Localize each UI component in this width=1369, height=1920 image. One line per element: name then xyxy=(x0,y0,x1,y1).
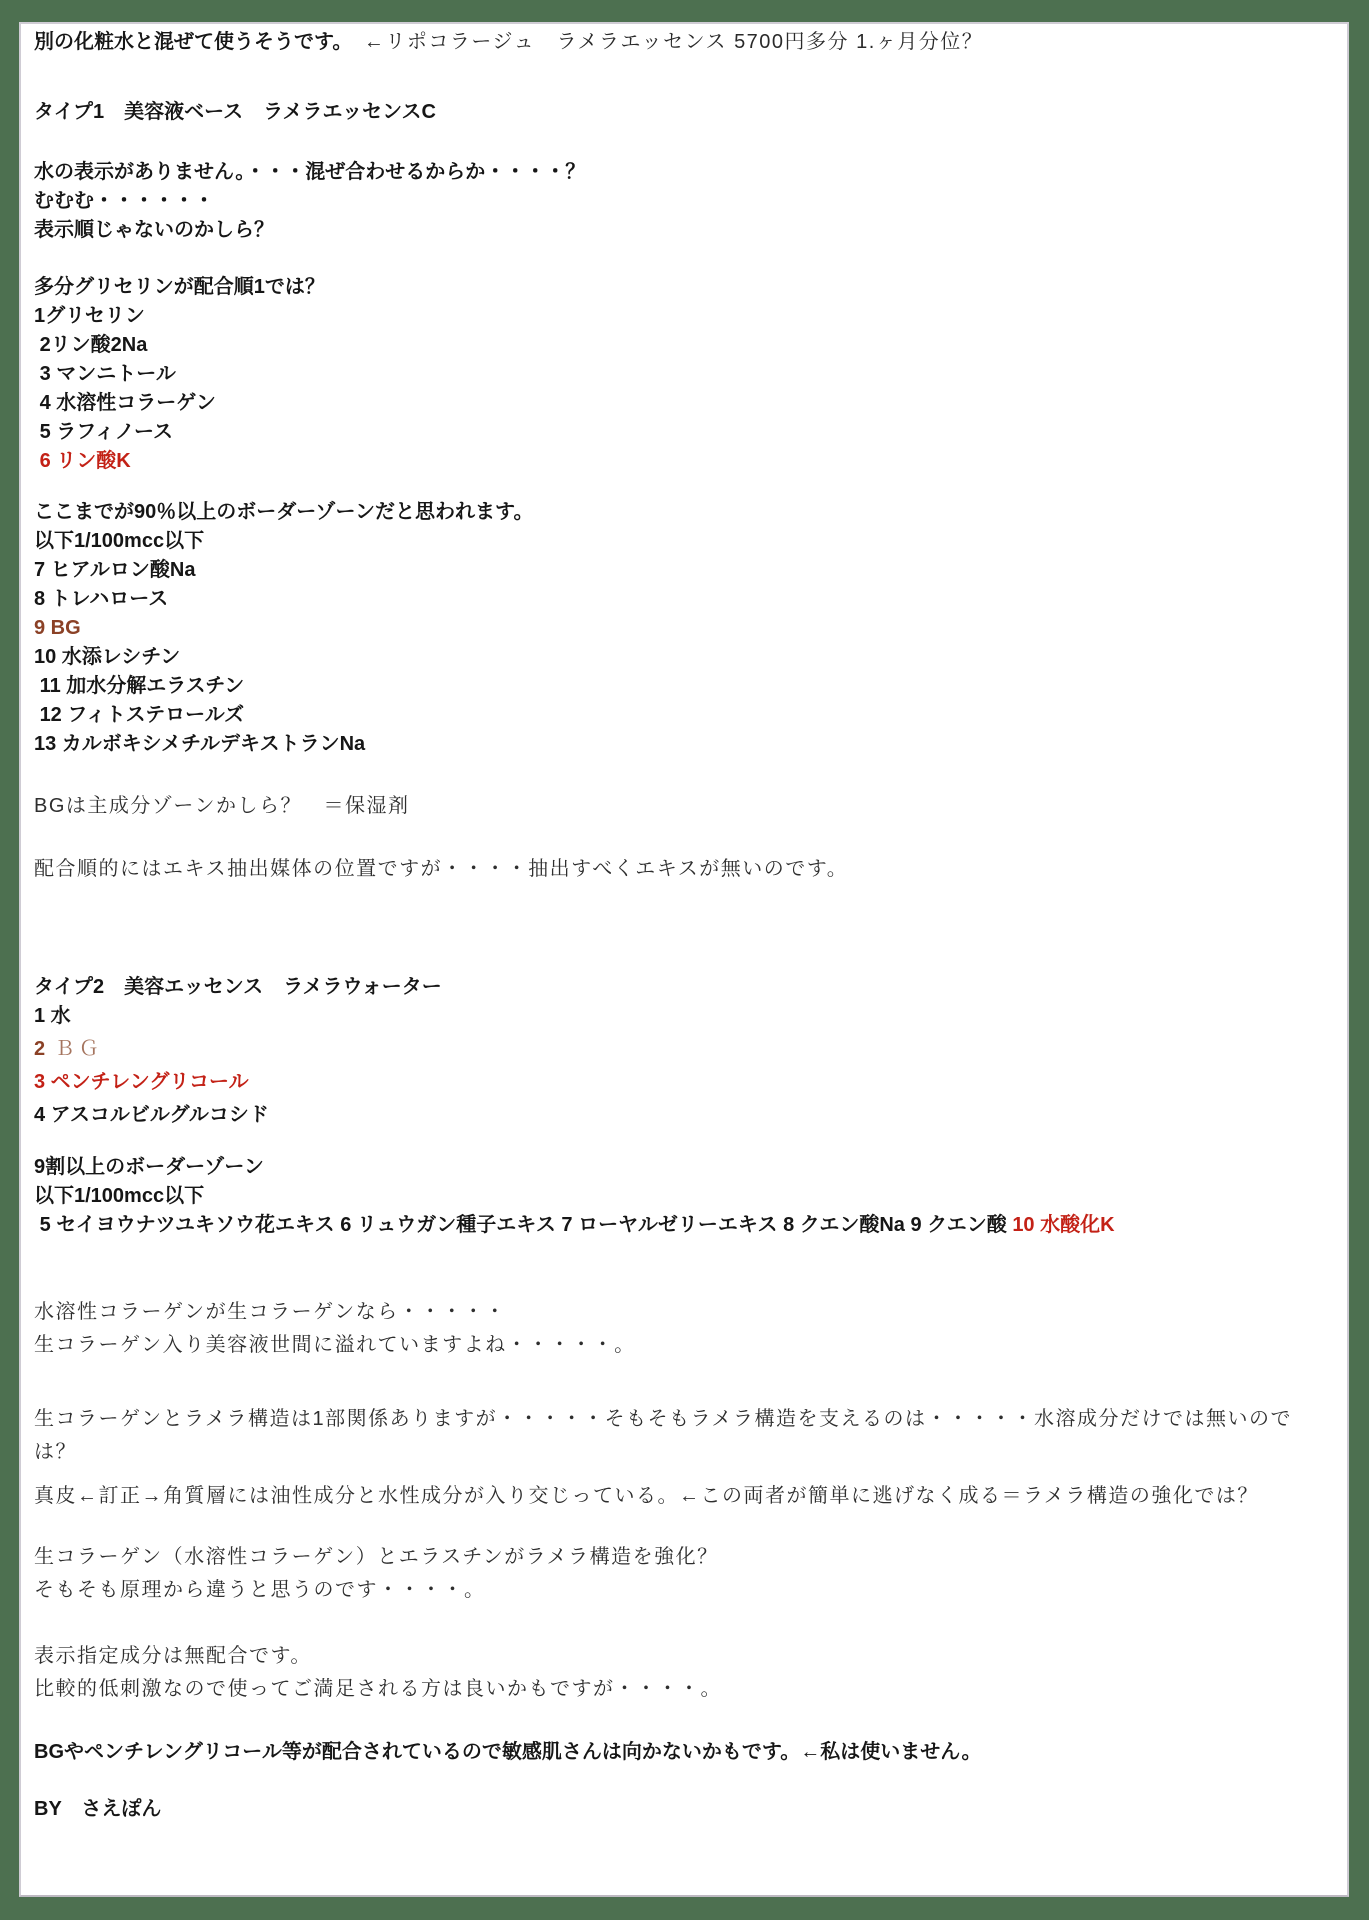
ingredient-item: 11 加水分解エラスチン xyxy=(34,672,1333,701)
ingredient-item: 4 アスコルビルグルコシド xyxy=(34,1099,1333,1132)
ingredient-number: 2 xyxy=(34,1038,45,1060)
commentary-collagen: 水溶性コラーゲンが生コラーゲンなら・・・・・ 生コラーゲン入り美容液世間に溢れて… xyxy=(34,1296,1333,1362)
type2-border-zone: 9割以上のボーダーゾーン 以下1/100mcc以下 5 セイヨウナツユキソウ花エ… xyxy=(34,1153,1333,1240)
ingredient-item-red: 6 リン酸K xyxy=(34,447,1333,476)
intro-line: 別の化粧水と混ぜて使うそうです。 ←リポコラージュ ラメラエッセンス 5700円… xyxy=(34,28,1333,57)
commentary-line: そもそも原理から違うと思うのです・・・・。 xyxy=(34,1574,1333,1607)
ingredient-item: 10 水添レシチン xyxy=(34,643,1333,672)
type2-header: タイプ2 美容エッセンス ラメラウォーター 1 水 xyxy=(34,973,1333,1031)
observation-line: むむむ・・・・・・ xyxy=(34,187,1333,216)
threshold-note: 以下1/100mcc以下 xyxy=(34,1182,1333,1211)
type1-border-zone: ここまでが90％以上のボーダーゾーンだと思われます。 以下1/100mcc以下 … xyxy=(34,498,1333,759)
ingredient-item: 8 トレハロース xyxy=(34,585,1333,614)
type1-title: タイプ1 美容液ベース ラメラエッセンスC xyxy=(34,98,1333,127)
type1-observations: 水の表示がありません。・・・混ぜ合わせるからか・・・・？ むむむ・・・・・・ 表… xyxy=(34,158,1333,245)
commentary-line: 水溶性コラーゲンが生コラーゲンなら・・・・・ xyxy=(34,1296,1333,1329)
zone-note: 9割以上のボーダーゾーン xyxy=(34,1153,1333,1182)
intro-lead: 別の化粧水と混ぜて使うそうです。 xyxy=(34,31,342,53)
commentary-line: 生コラーゲン入り美容液世間に溢れていますよね・・・・・。 xyxy=(34,1329,1333,1362)
threshold-note: 以下1/100mcc以下 xyxy=(34,527,1333,556)
ingredient-item: 4 水溶性コラーゲン xyxy=(34,389,1333,418)
zone-note: ここまでが90％以上のボーダーゾーンだと思われます。 xyxy=(34,498,1333,527)
ingredient-item-brown: 9 BG xyxy=(34,614,1333,643)
bg-comment: BGは主成分ゾーンかしら？ ＝保湿剤 xyxy=(34,790,1333,823)
ingredient-run-line: 5 セイヨウナツユキソウ花エキス 6 リュウガン種子エキス 7 ローヤルゼリーエ… xyxy=(34,1211,1333,1240)
commentary-line: 比較的低刺激なので使ってご満足される方は良いかもですが・・・・。 xyxy=(34,1673,1333,1706)
signature: BY さえぽん xyxy=(34,1795,1333,1824)
commentary-correction: 真皮←訂正→角質層には油性成分と水性成分が入り交じっている。←この両者が簡単に逃… xyxy=(34,1480,1333,1513)
extract-comment: 配合順的にはエキス抽出媒体の位置ですが・・・・抽出すべくエキスが無いのです。 xyxy=(34,853,1333,886)
ingredient-item-red: 3 ペンチレングリコール xyxy=(34,1066,1333,1099)
intro-note: ←リポコラージュ ラメラエッセンス 5700円多分 1.ヶ月分位？ xyxy=(342,31,983,53)
page-frame: 別の化粧水と混ぜて使うそうです。 ←リポコラージュ ラメラエッセンス 5700円… xyxy=(0,0,1369,1920)
ingredient-item: 3 マンニトール xyxy=(34,360,1333,389)
document-sheet: 別の化粧水と混ぜて使うそうです。 ←リポコラージュ ラメラエッセンス 5700円… xyxy=(19,22,1349,1897)
type1-top-list: 多分グリセリンが配合順1では？ 1グリセリン 2リン酸2Na 3 マンニトール … xyxy=(34,273,1333,476)
ingredient-run-red: 10 水酸化K xyxy=(1012,1214,1114,1236)
ingredient-item: 12 フィトステロールズ xyxy=(34,701,1333,730)
observation-line: 水の表示がありません。・・・混ぜ合わせるからか・・・・？ xyxy=(34,158,1333,187)
type2-items: 2 ＢＧ 3 ペンチレングリコール 4 アスコルビルグルコシド xyxy=(34,1033,1333,1132)
ingredient-item: 1グリセリン xyxy=(34,302,1333,331)
observation-line: 表示順じゃないのかしら？ xyxy=(34,216,1333,245)
guess-line: 多分グリセリンが配合順1では？ xyxy=(34,273,1333,302)
ingredient-name-bg: ＢＧ xyxy=(45,1038,103,1060)
commentary-verdict: 表示指定成分は無配合です。 比較的低刺激なので使ってご満足される方は良いかもです… xyxy=(34,1640,1333,1706)
type2-title: タイプ2 美容エッセンス ラメラウォーター xyxy=(34,973,1333,1002)
commentary-elastin: 生コラーゲン（水溶性コラーゲン）とエラスチンがラメラ構造を強化？ そもそも原理か… xyxy=(34,1541,1333,1607)
conclusion-line: BGやペンチレングリコール等が配合されているので敏感肌さんは向かないかもです。←… xyxy=(34,1738,1333,1767)
ingredient-item: 13 カルボキシメチルデキストランNa xyxy=(34,730,1333,759)
commentary-lamella: 生コラーゲンとラメラ構造は1部関係ありますが・・・・・そもそもラメラ構造を支える… xyxy=(34,1403,1333,1469)
ingredient-run: 5 セイヨウナツユキソウ花エキス 6 リュウガン種子エキス 7 ローヤルゼリーエ… xyxy=(34,1214,1012,1236)
ingredient-item: 2リン酸2Na xyxy=(34,331,1333,360)
ingredient-item: 1 水 xyxy=(34,1002,1333,1031)
commentary-line: 表示指定成分は無配合です。 xyxy=(34,1640,1333,1673)
ingredient-item: 7 ヒアルロン酸Na xyxy=(34,556,1333,585)
commentary-line: 生コラーゲン（水溶性コラーゲン）とエラスチンがラメラ構造を強化？ xyxy=(34,1541,1333,1574)
ingredient-item-bg: 2 ＢＧ xyxy=(34,1033,1333,1066)
ingredient-item: 5 ラフィノース xyxy=(34,418,1333,447)
